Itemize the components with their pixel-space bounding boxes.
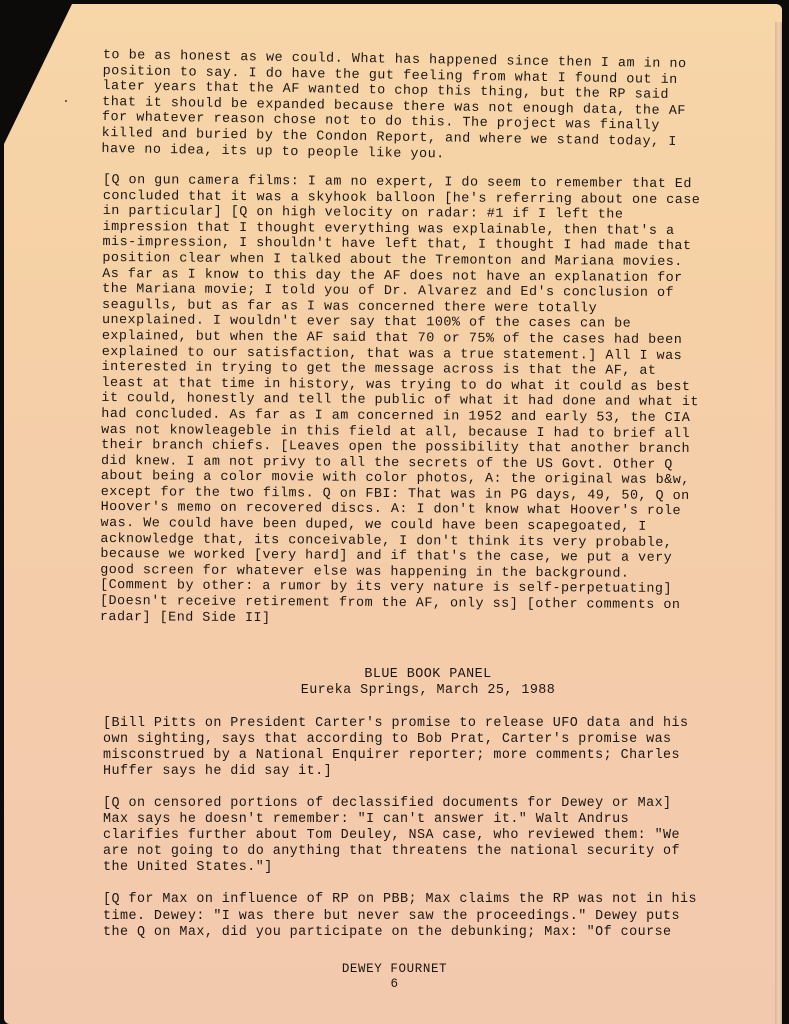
paragraph-gun-camera-films: [Q on gun camera films: I am no expert, … [100,173,753,630]
paragraph-rp-influence: [Q for Max on influence of RP on PBB; Ma… [103,892,753,940]
section-subtitle: Eureka Springs, March 25, 1988 [103,683,753,699]
section-heading: BLUE BOOK PANEL Eureka Springs, March 25… [103,667,753,699]
page-body: to be as honest as we could. What has ha… [103,48,753,957]
footer-speaker-name: DEWEY FOURNET [0,962,789,977]
paragraph-censored-documents: [Q on censored portions of declassified … [103,796,753,876]
page-edge-shadow [775,22,782,1024]
paragraph-bill-pitts: [Bill Pitts on President Carter's promis… [103,716,753,780]
page-footer: DEWEY FOURNET 6 [0,962,789,992]
paragraph-closing-remarks: to be as honest as we could. What has ha… [101,48,753,167]
section-title: BLUE BOOK PANEL [103,667,753,683]
stray-mark [65,100,67,102]
scanned-page-background: to be as honest as we could. What has ha… [0,0,789,1024]
section-spacer [103,641,753,667]
page-number: 6 [0,977,789,992]
